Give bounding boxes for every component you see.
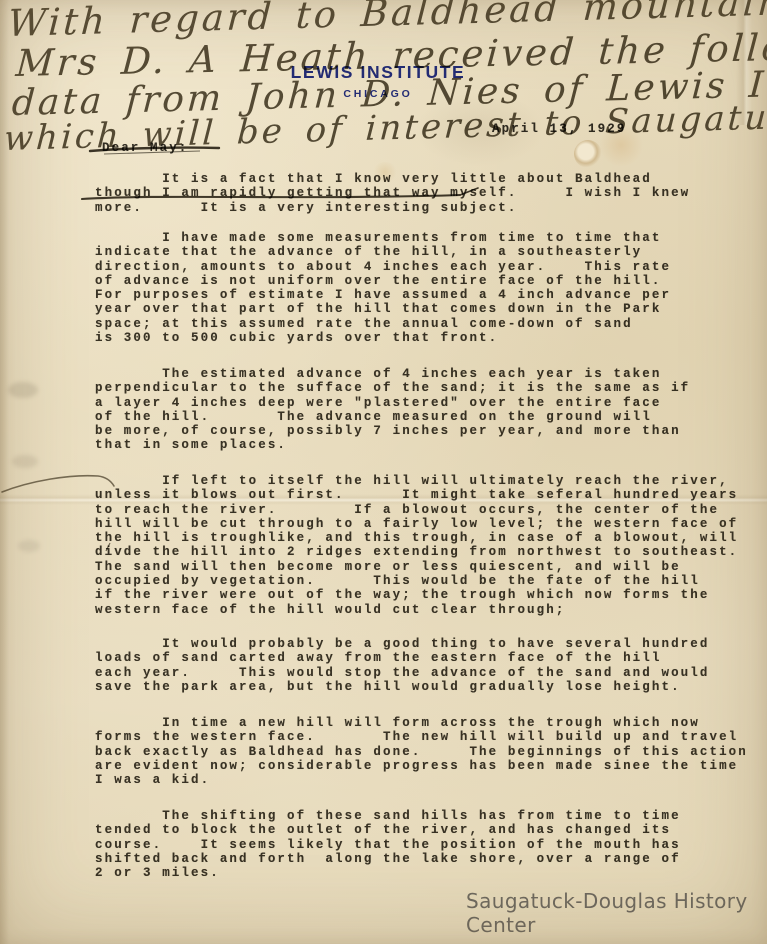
paragraph-5: It would probably be a good thing to hav… [95,637,709,694]
paragraph-3: The estimated advance of 4 inches each y… [95,367,690,453]
salutation-struck-out: Dear May: [102,141,188,155]
paragraph-1: It is a fact that I know very little abo… [95,172,690,215]
paper-chip-stain [574,140,602,168]
paragraph-6: In time a new hill will form across the … [95,716,748,787]
paragraph-4: If left to itself the hill will ultimate… [95,474,738,617]
scanned-letter-page: LEWIS INSTITUTE CHICAGO With regard to B… [0,0,767,944]
history-center-watermark: Saugatuck-Douglas History Center [466,889,767,937]
pencil-smudge [8,382,38,398]
pencil-smudge [18,540,40,552]
typed-date: April 13, 1929 [492,122,626,136]
paragraph-7: The shifting of these sand hills has fro… [95,809,681,880]
paragraph-2: I have made some measurements from time … [95,231,671,345]
pencil-smudge [12,455,38,468]
